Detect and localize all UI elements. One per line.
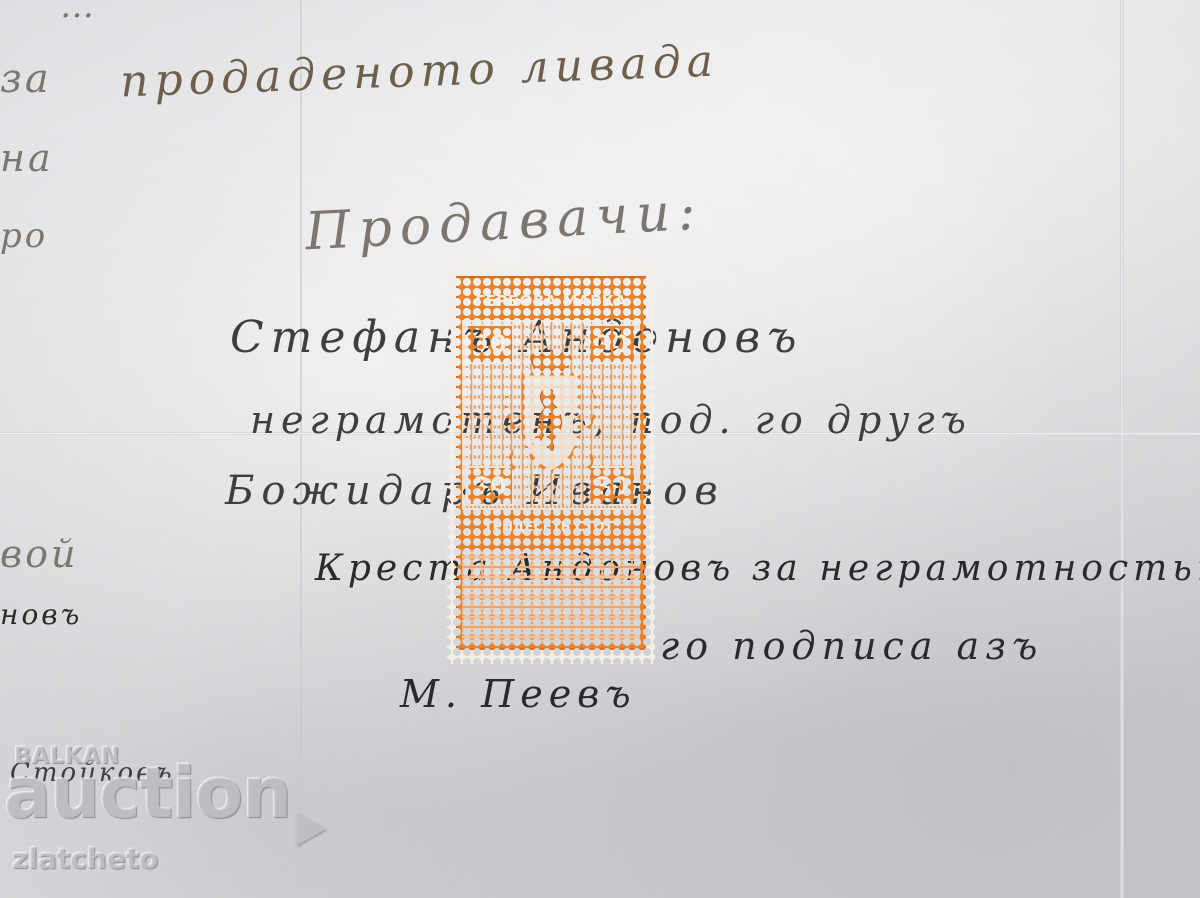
revenue-stamp: ГЕРБОВА МАРКА 30 30 30 30 ТРИДЕСЕТЬ СТОТ… xyxy=(447,262,655,664)
handwriting-left-fragment-na: на xyxy=(0,136,54,180)
coat-of-arms-lion-icon xyxy=(501,350,601,480)
stamp-denomination-text: ТРИДЕСЕТЬ СТОТ. xyxy=(458,510,644,546)
paper-crease-vertical-left xyxy=(300,0,302,898)
watermark-auction-text: auction xyxy=(4,752,291,834)
handwriting-left-fragment-ro: ро xyxy=(0,216,48,256)
stamp-center-panel: 30 30 30 30 xyxy=(462,320,640,510)
play-triangle-icon xyxy=(296,812,326,846)
stamp-title: ГЕРБОВА МАРКА xyxy=(458,284,644,318)
stamp-frame: ГЕРБОВА МАРКА 30 30 30 30 ТРИДЕСЕТЬ СТОТ… xyxy=(456,276,646,650)
handwriting-signature: М. Пеевъ xyxy=(400,672,637,716)
handwriting-left-fragment-2: новъ xyxy=(0,598,82,631)
handwriting-line-8: го подписа азъ xyxy=(660,624,1043,668)
handwriting-left-fragment-1: вой xyxy=(0,532,78,576)
stamp-lower-panel xyxy=(462,550,640,644)
paper-crease-vertical-right xyxy=(1120,0,1124,898)
handwriting-top-partial: … xyxy=(60,0,97,26)
handwriting-left-fragment-za: за xyxy=(0,56,52,102)
watermark-zlatcheto-text: zlatcheto xyxy=(12,842,158,875)
